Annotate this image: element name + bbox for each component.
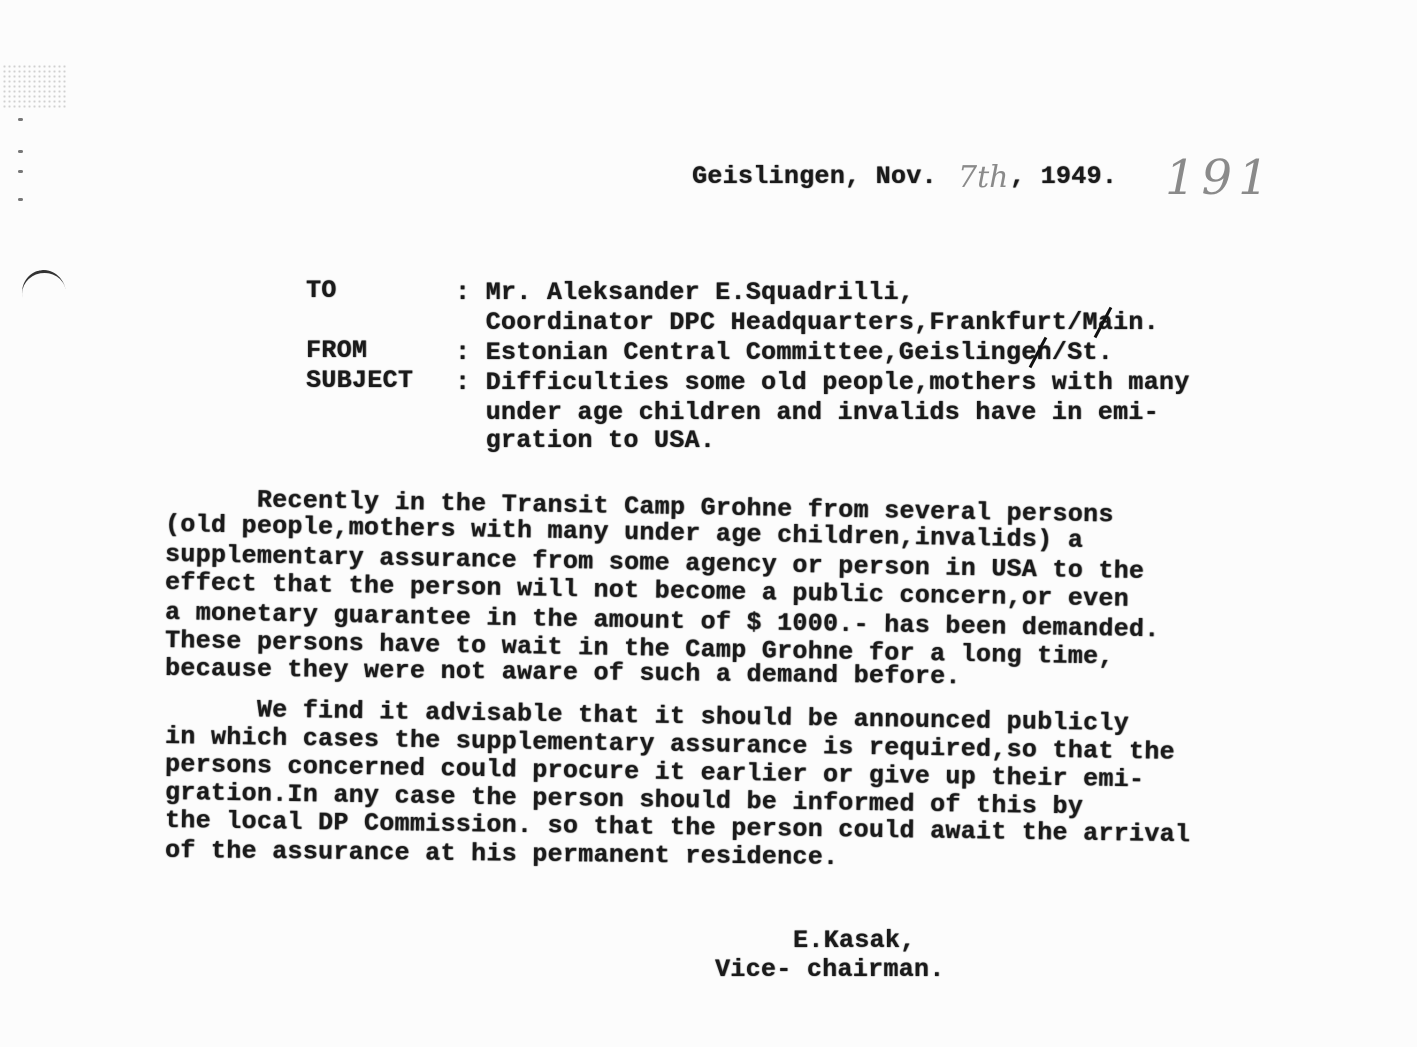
handwritten-day: 7th [958,160,1008,195]
scan-noise [2,64,66,109]
handwritten-page-number: 191 [1165,150,1275,206]
from-value: : Estonian Central Committee,Geislingen/… [455,338,1113,367]
margin-mark [18,150,23,153]
margin-mark [18,170,23,173]
scanned-letter-page: Geislingen, Nov. 7th , 1949. 191 TO : Mr… [0,0,1417,1047]
body-line: of the assurance at his permanent reside… [165,836,839,872]
subject-label: SUBJECT [306,366,413,395]
to-line-1: : Mr. Aleksander E.Squadrilli, [455,278,914,307]
margin-mark [18,118,23,121]
signature-name: E.Kasak, [793,926,915,955]
margin-mark [18,198,23,201]
signature-title: Vice- chairman. [715,955,945,984]
to-line-2: Coordinator DPC Headquarters,Frankfurt/M… [455,308,1159,337]
to-label: TO [306,276,337,305]
subject-line-2: under age children and invalids have in … [455,398,1159,427]
place-date: Geislingen, Nov. [692,162,937,191]
year: , 1949. [1010,162,1117,191]
punch-hole-mark [18,267,69,321]
subject-line-1: : Difficulties some old people,mothers w… [455,368,1190,397]
subject-line-3: gration to USA. [455,426,715,455]
from-label: FROM [306,336,367,365]
